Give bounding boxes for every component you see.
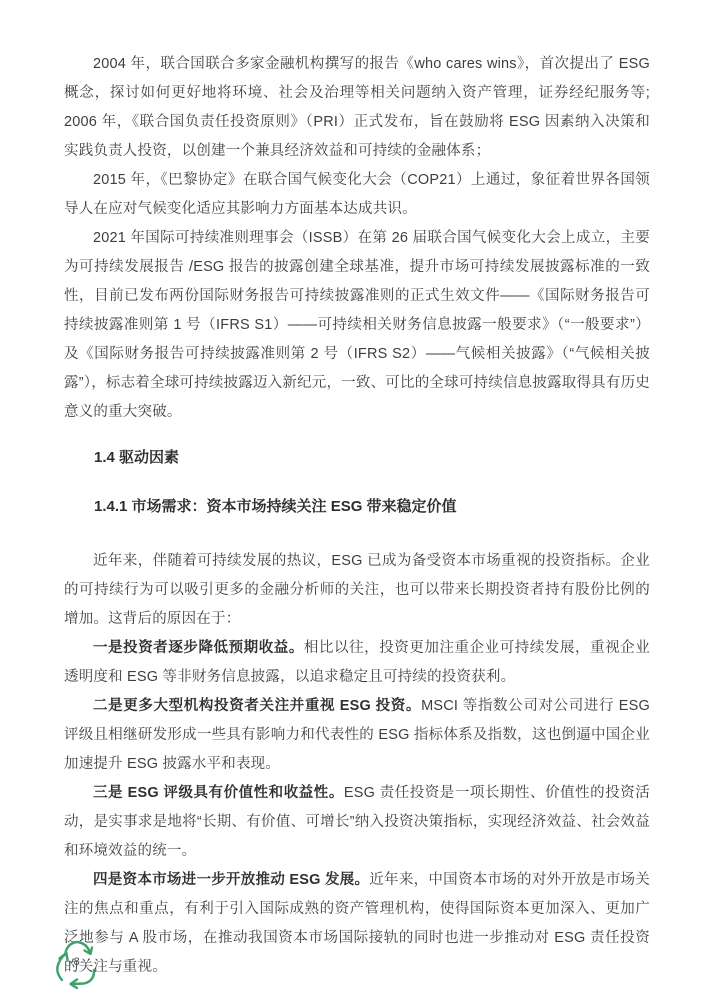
paragraph: 四是资本市场进一步开放推动 ESG 发展。近年来，中国资本市场的对外开放是市场关… [64,866,650,982]
subsection-heading: 1.4.1 市场需求：资本市场持续关注 ESG 带来稳定价值 [64,492,650,521]
paragraph-lead: 一是投资者逐步降低预期收益。 [93,640,304,656]
paragraph-lead: 三是 ESG 评级具有价值性和收益性。 [93,785,344,801]
page-number: -8- [48,956,106,968]
paragraph: 三是 ESG 评级具有价值性和收益性。ESG 责任投资是一项长期性、价值性的投资… [64,779,650,866]
page-footer: -8- [48,934,106,992]
paragraph: 2015 年，《巴黎协定》在联合国气候变化大会（COP21）上通过，象征着世界各… [64,166,650,224]
paragraph-lead: 二是更多大型机构投资者关注并重视 ESG 投资。 [93,698,421,714]
section-heading: 1.4 驱动因素 [64,443,650,472]
content: 2004 年，联合国联合多家金融机构撰写的报告《who cares wins》，… [64,50,650,982]
paragraph: 二是更多大型机构投资者关注并重视 ESG 投资。MSCI 等指数公司对公司进行 … [64,692,650,779]
paragraph: 2021 年国际可持续准则理事会（ISSB）在第 26 届联合国气候变化大会上成… [64,224,650,427]
paragraph: 近年来，伴随着可持续发展的热议，ESG 已成为备受资本市场重视的投资指标。企业的… [64,547,650,634]
document-page: 2004 年，联合国联合多家金融机构撰写的报告《who cares wins》，… [0,0,710,1004]
paragraph: 2004 年，联合国联合多家金融机构撰写的报告《who cares wins》，… [64,50,650,166]
paragraph-lead: 四是资本市场进一步开放推动 ESG 发展。 [93,872,369,888]
paragraph: 一是投资者逐步降低预期收益。相比以往，投资更加注重企业可持续发展，重视企业透明度… [64,634,650,692]
